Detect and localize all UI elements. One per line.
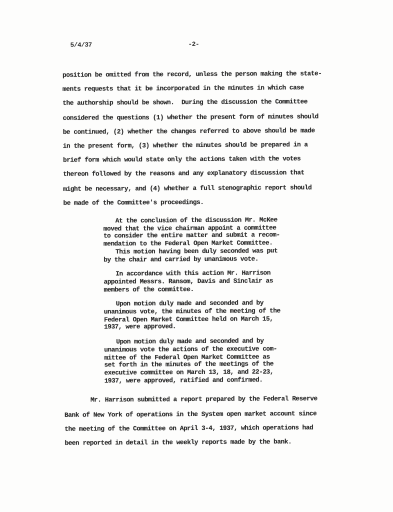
- text-line: Bank of New York of operations in the Sy…: [64, 407, 337, 423]
- excerpt-paragraph: At the conclusion of the discussion Mr. …: [103, 216, 336, 248]
- excerpt-paragraph: Upon motion duly made and seconded and b…: [104, 337, 337, 385]
- text-line: 1937, were approved.: [104, 323, 337, 332]
- text-line: Mr. Harrison submitted a report prepared…: [64, 393, 337, 409]
- excerpt-paragraph: This motion having been duly seconded wa…: [104, 247, 337, 264]
- body-paragraph: position be omitted from the record, unl…: [62, 67, 336, 211]
- text-line: been reported in detail in the weekly re…: [65, 435, 338, 451]
- document-page: 5/4/37 -2- position be omitted from the …: [0, 0, 393, 512]
- excerpt-paragraph: Upon motion duly made and seconded and b…: [104, 300, 337, 332]
- text-line: the authorship should be shown. During t…: [63, 96, 336, 112]
- excerpt-paragraph: In accordance with this action Mr. Harri…: [104, 269, 337, 294]
- text-line: considered the questions (1) whether the…: [63, 110, 336, 126]
- text-line: thereon followed by the reasons and any …: [63, 167, 336, 183]
- text-line: might be necessary, and (4) whether a fu…: [63, 181, 336, 197]
- text-line: 1937, were approved, ratified and confir…: [104, 376, 337, 385]
- page-header: 5/4/37 -2-: [0, 0, 393, 52]
- header-date: 5/4/37: [70, 42, 92, 49]
- scanned-text-block: 5/4/37 -2- position be omitted from the …: [0, 0, 393, 451]
- text-line: by the chair and carried by unanimous vo…: [104, 255, 337, 264]
- page-number: -2-: [188, 41, 199, 48]
- text-line: members of the committee.: [104, 285, 337, 294]
- body-paragraph: Mr. Harrison submitted a report prepared…: [64, 393, 337, 451]
- text-line: the meeting of the Committee on April 3-…: [65, 421, 338, 437]
- document-body: position be omitted from the record, unl…: [0, 50, 393, 452]
- text-line: be made of the Committee's proceedings.: [63, 195, 336, 211]
